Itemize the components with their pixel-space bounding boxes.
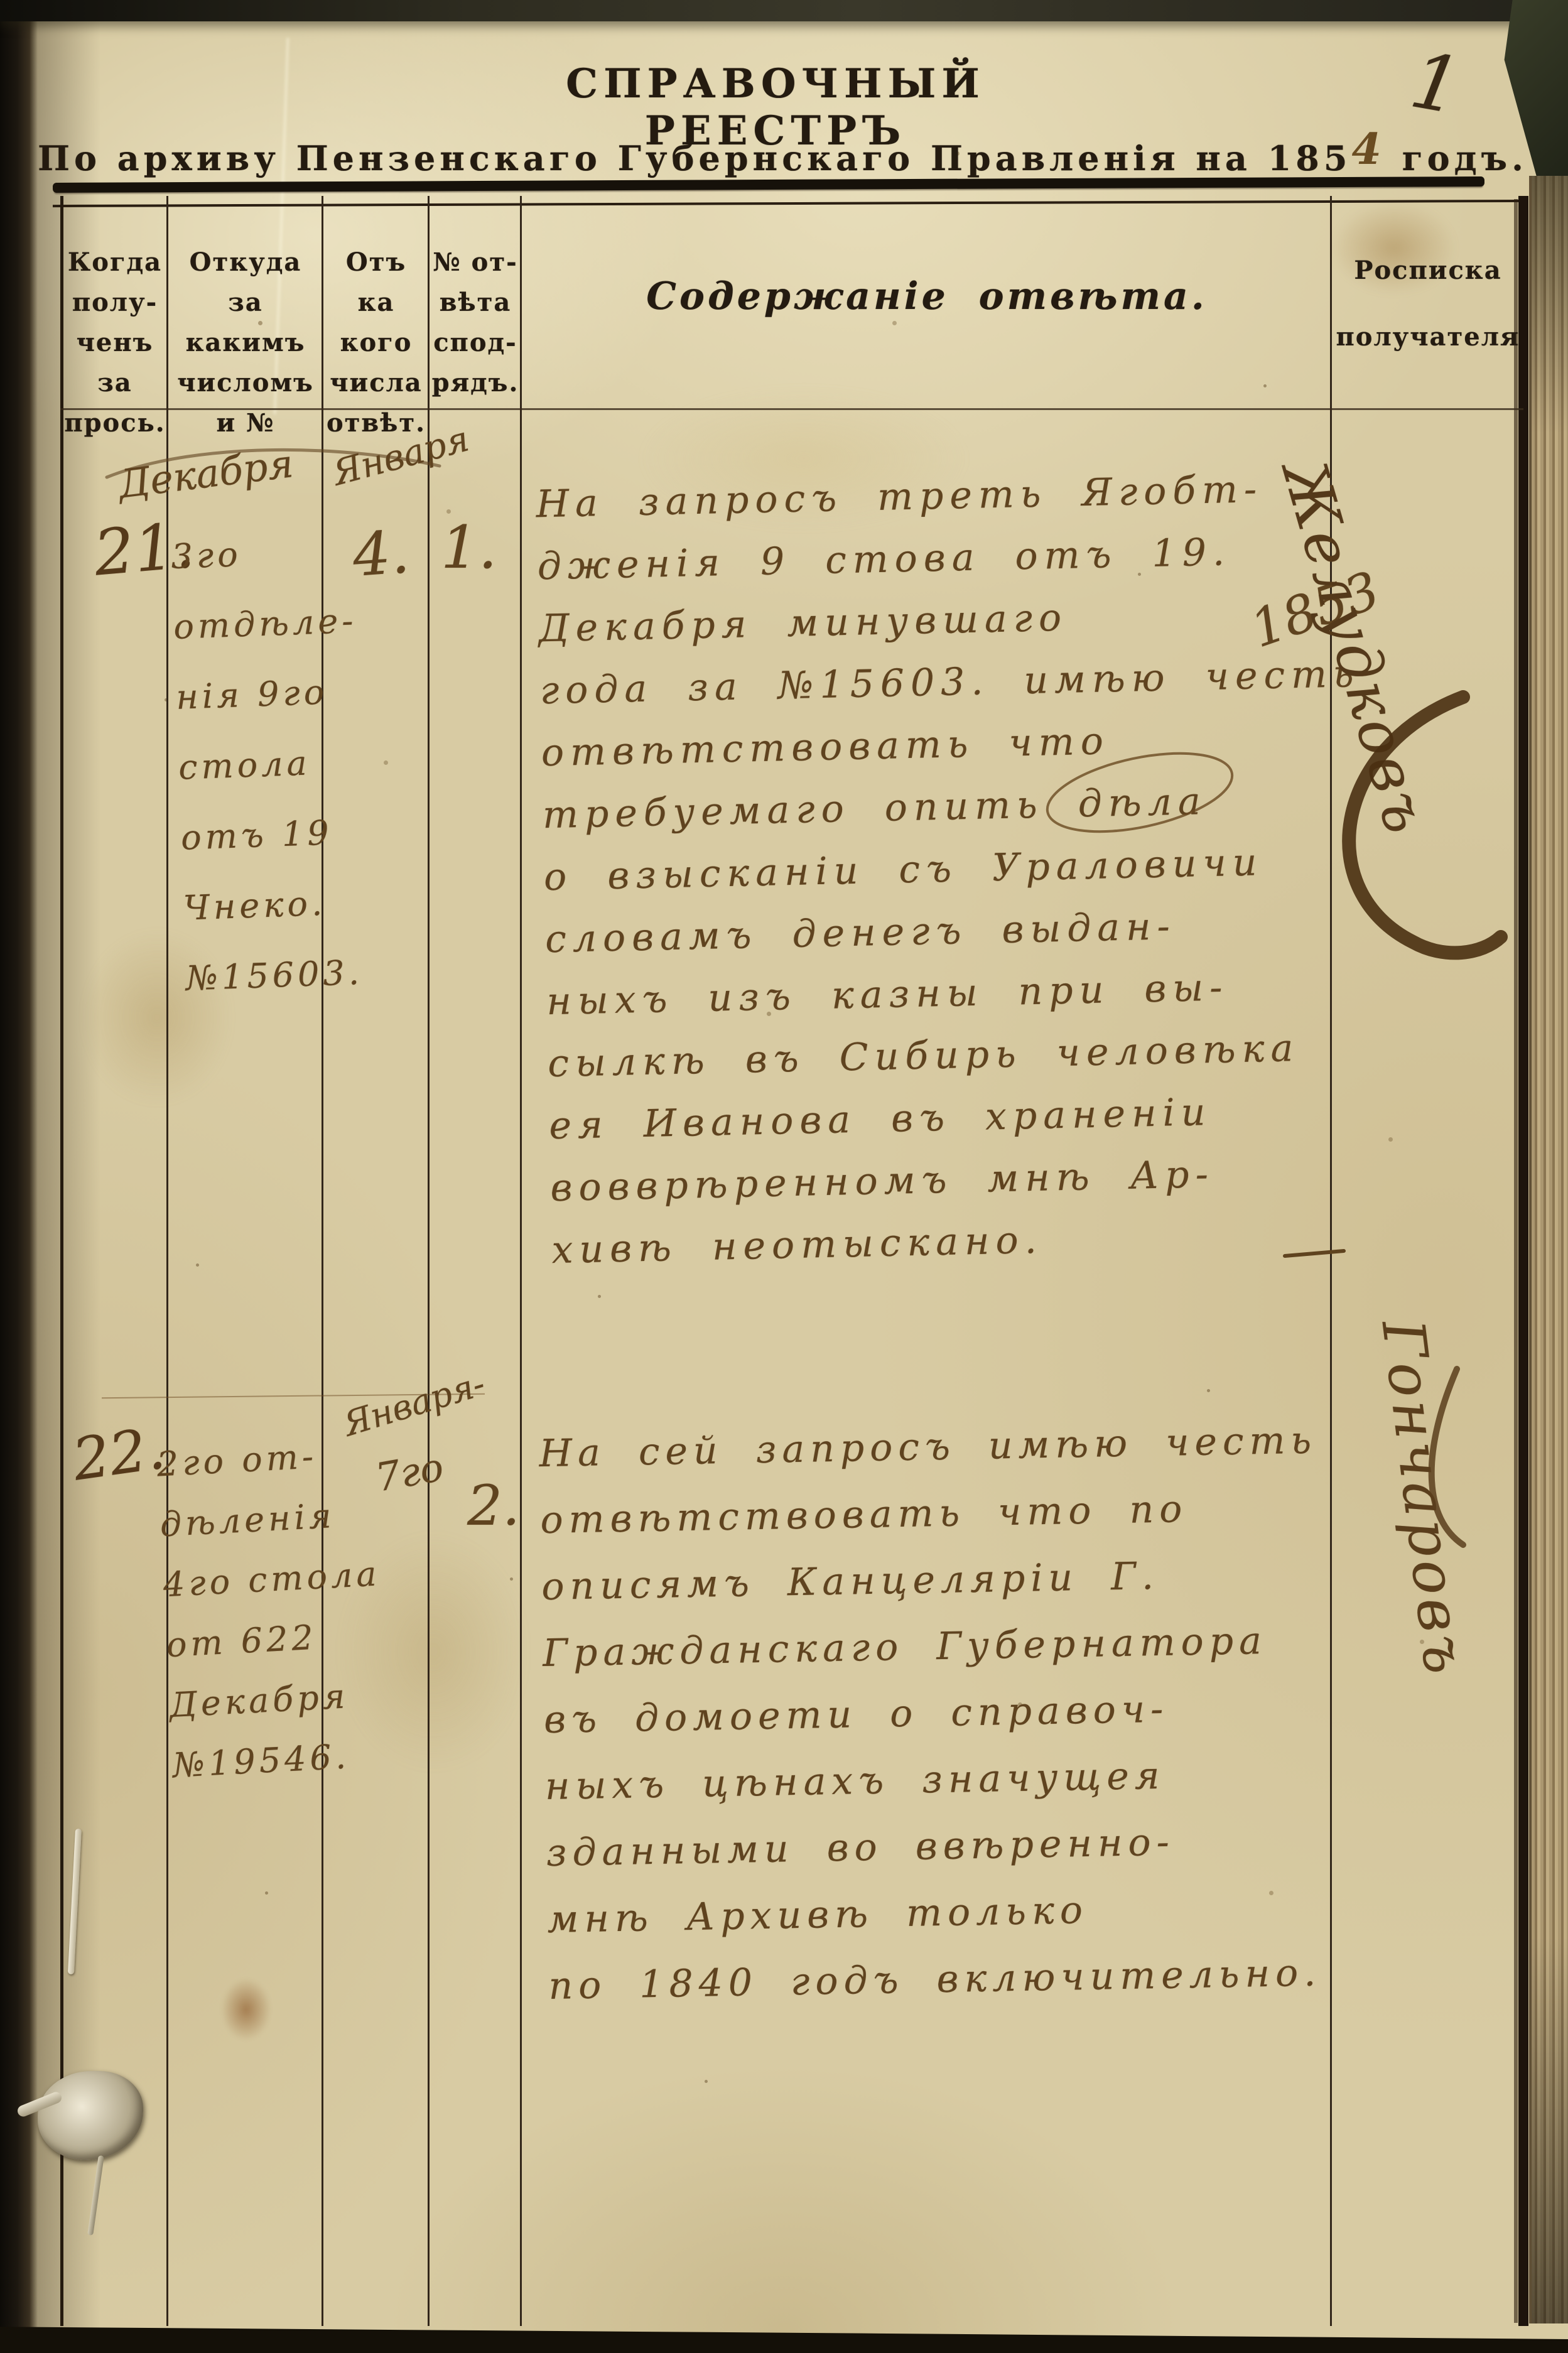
column-header-origin: Откуда за какимъ числомъ и № [168, 242, 323, 443]
register-page: 1 СПРАВОЧНЫЙ РЕЕСТРЪ По архиву Пензенска… [0, 0, 1568, 2353]
table-border-right [1518, 196, 1528, 2326]
book-edge-top [0, 0, 1568, 21]
rust-stain [221, 1978, 271, 2041]
page-stack-edge-right [1529, 176, 1568, 2323]
binding-thread-knot [38, 2071, 143, 2160]
subtitle-handwritten-year: 4 [1351, 124, 1385, 175]
column-header-content: Содержаніе отвѣта. [522, 276, 1331, 316]
column-header-receipt: Росписка получателя [1334, 237, 1522, 371]
book-binding-edge-left [0, 18, 38, 2353]
book-edge-bottom [0, 2317, 1568, 2353]
row2-answer-number: 2. [467, 1473, 520, 1538]
column-header-answer-date: Отъ ка кого числа отвѣт. [324, 242, 428, 443]
column-header-answer-number: № от- вѣта спод- рядъ. [430, 242, 521, 403]
row1-origin-reference: 3го отдѣле- нія 9го стола отъ 19 Чнеко. … [170, 508, 576, 1014]
subtitle-suffix: годъ. [1386, 138, 1528, 178]
row1-answer-content: На запросъ треть Ягобт- дженія 9 стова о… [536, 456, 1407, 1282]
page-subtitle: По архиву Пензенскаго Губернскаго Правле… [38, 131, 1501, 181]
row2-answer-content: На сей запросъ имѣю честь отвѣтствовать … [539, 1405, 1415, 2020]
header-rule-thin [53, 200, 1523, 207]
subtitle-prefix: По архиву Пензенскаго Губернскаго Правле… [38, 138, 1351, 178]
page-number: 1 [1404, 35, 1468, 131]
row1-received-month: Декабря [116, 440, 296, 507]
column-line-2 [322, 196, 323, 2326]
